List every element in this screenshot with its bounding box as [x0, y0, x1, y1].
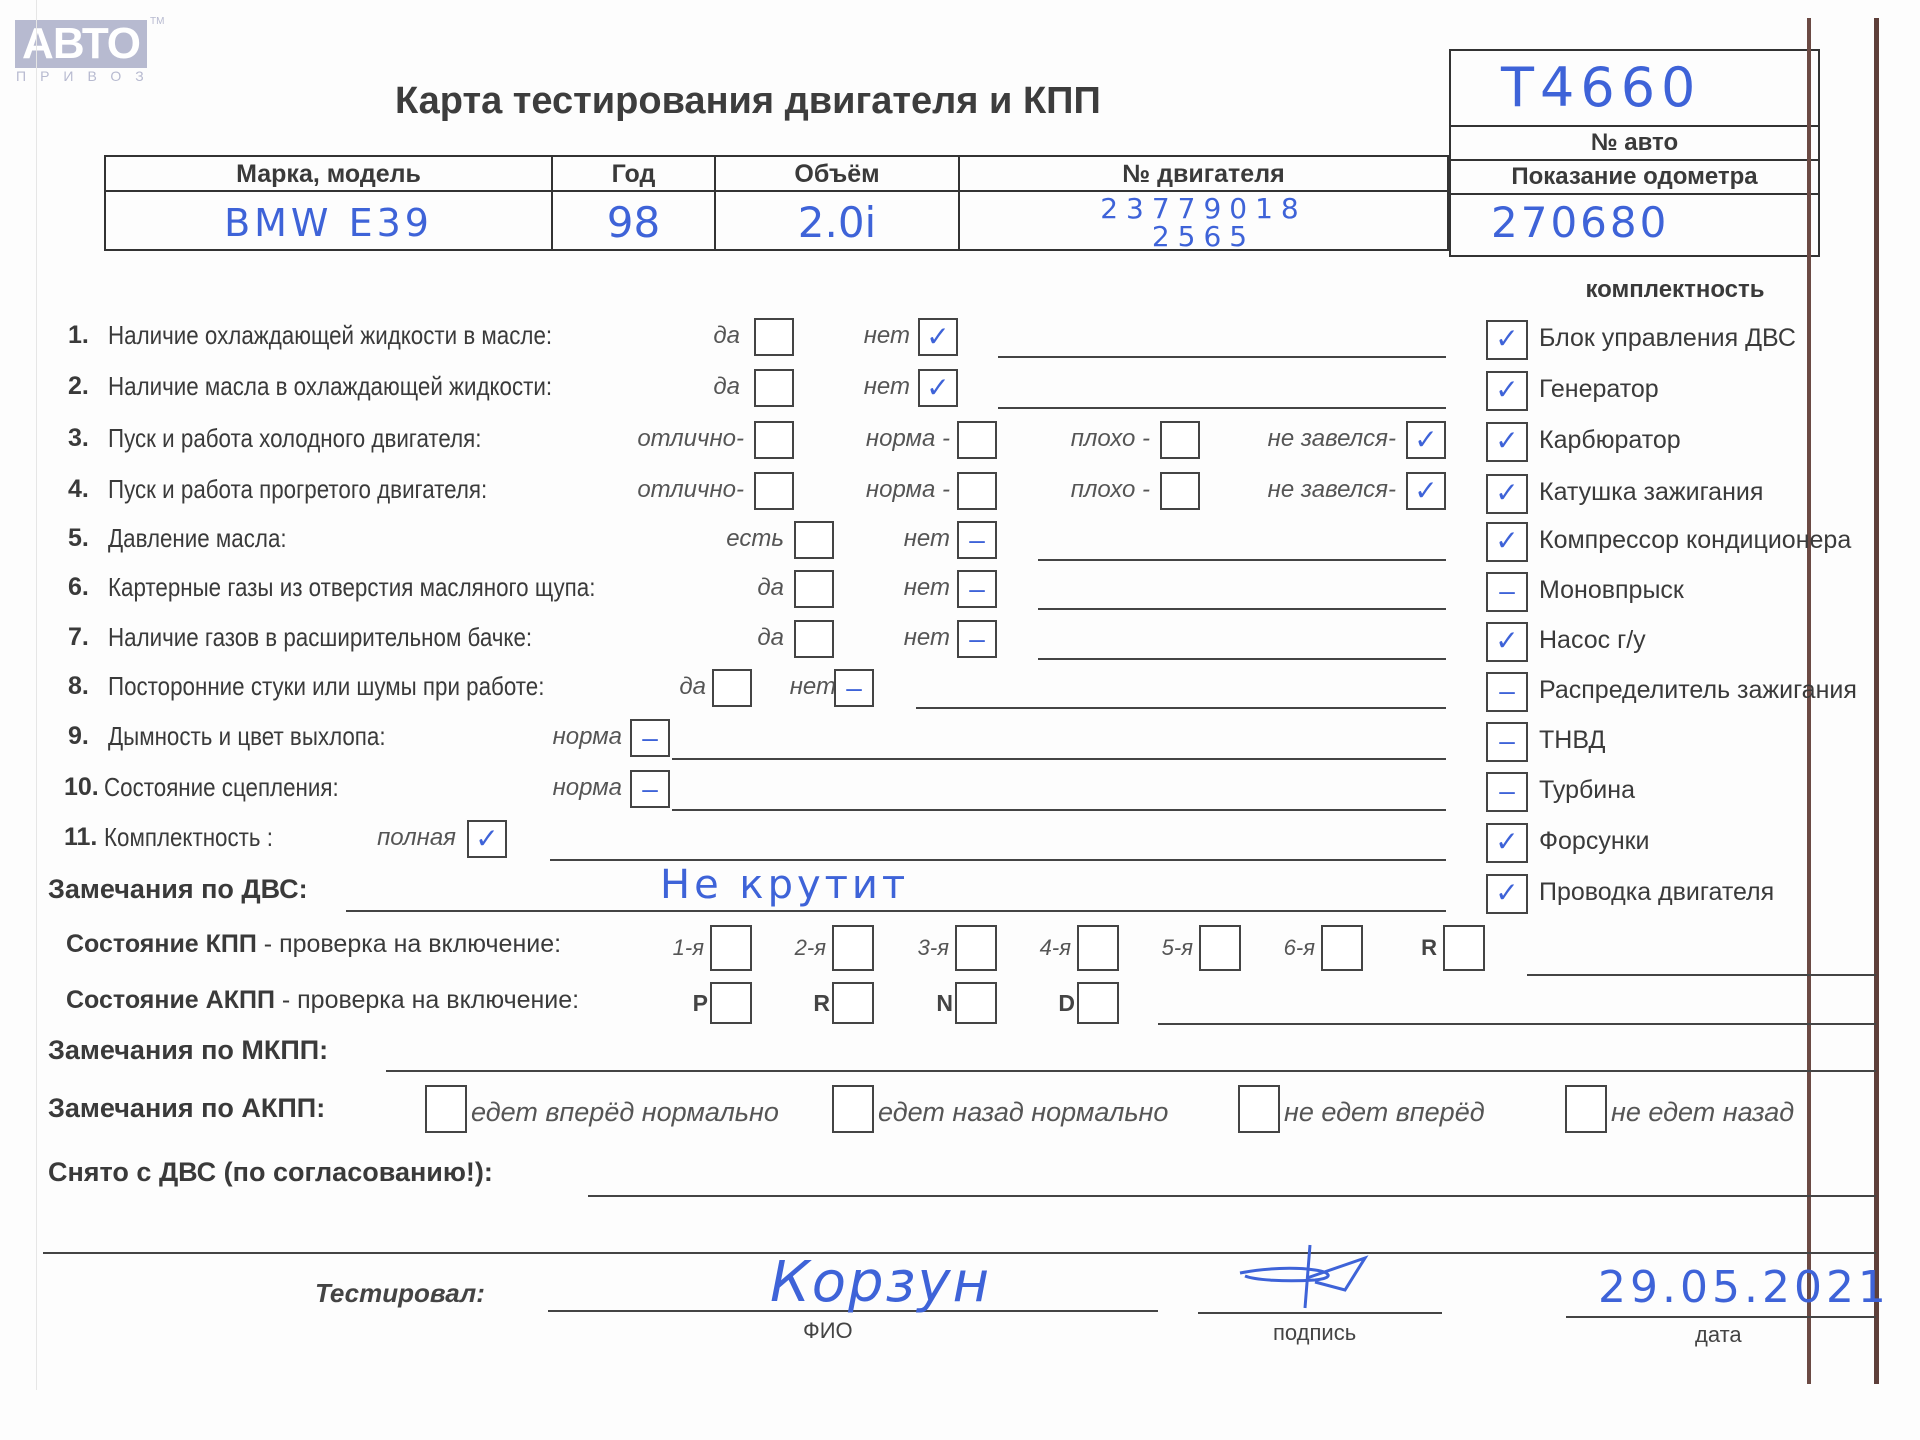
gear-checkbox[interactable] — [710, 925, 752, 971]
option-label: полная — [377, 824, 456, 852]
question-number: 11. — [64, 823, 97, 852]
check-mark-icon: ✓ — [1488, 825, 1526, 861]
check-mark-icon — [756, 474, 792, 508]
logo-subtitle: ПРИВОЗ — [16, 68, 158, 84]
option-label: да — [713, 373, 740, 401]
check-mark-icon — [1162, 423, 1198, 457]
akpp-remark-checkbox[interactable] — [1565, 1085, 1607, 1133]
check-mark-icon: ✓ — [1488, 624, 1526, 660]
gear-label: R — [813, 990, 830, 1017]
kit-checkbox[interactable]: ✓ — [1486, 422, 1528, 462]
option-label: нет — [904, 624, 950, 652]
kit-item-label: Карбюратор — [1539, 426, 1681, 455]
kit-item-label: Блок управления ДВС — [1539, 324, 1796, 353]
check-mark-icon — [959, 474, 995, 508]
gear-label: N — [936, 990, 953, 1017]
vehicle-info-table: Марка, модель Год Объём № двигателя BMW … — [104, 155, 1449, 251]
kit-checkbox[interactable]: – — [1486, 672, 1528, 712]
option-checkbox[interactable] — [957, 421, 997, 459]
gear-checkbox[interactable] — [955, 982, 997, 1024]
akpp-remark-label: не едет назад — [1611, 1097, 1794, 1128]
gear-label: 5-я — [1162, 935, 1193, 961]
date-value[interactable]: 29.05.2021 — [1598, 1262, 1890, 1313]
notes-line[interactable] — [1038, 608, 1446, 610]
removed-line[interactable] — [588, 1195, 1876, 1197]
akpp-remark-checkbox[interactable] — [1238, 1085, 1280, 1133]
question-number: 4. — [68, 475, 89, 504]
gear-checkbox[interactable] — [1443, 925, 1485, 971]
notes-line[interactable] — [998, 407, 1446, 409]
kit-section-title: комплектность — [1560, 276, 1790, 304]
name-value[interactable]: Корзун — [770, 1250, 991, 1315]
check-mark-icon: ✓ — [469, 822, 505, 856]
tested-by-label: Тестировал: — [315, 1278, 485, 1309]
question-text: Пуск и работа прогретого двигателя: — [108, 474, 487, 505]
check-mark-icon: – — [959, 622, 995, 656]
kit-checkbox[interactable]: – — [1486, 772, 1528, 812]
question-number: 8. — [68, 672, 89, 701]
option-label: да — [713, 322, 740, 350]
option-label: отлично- — [637, 425, 744, 453]
signature-mark[interactable] — [1235, 1240, 1385, 1312]
option-label: плохо - — [1071, 425, 1150, 453]
check-mark-icon: – — [1488, 724, 1526, 760]
check-mark-icon: – — [1488, 774, 1526, 810]
option-label: да — [679, 673, 706, 701]
kit-item-label: Компрессор кондиционера — [1539, 526, 1851, 555]
option-label: не завелся- — [1268, 476, 1396, 504]
option-checkbox[interactable] — [754, 318, 794, 356]
kpp-notes-line — [1527, 974, 1876, 976]
kit-checkbox[interactable]: ✓ — [1486, 474, 1528, 514]
check-mark-icon: – — [1488, 574, 1526, 610]
kit-item-label: Генератор — [1539, 375, 1659, 404]
check-mark-icon — [756, 371, 792, 405]
notes-line[interactable] — [998, 356, 1446, 358]
option-label: нет — [904, 525, 950, 553]
kit-item-label: Катушка зажигания — [1539, 478, 1763, 507]
check-mark-icon — [834, 1087, 872, 1131]
option-checkbox[interactable] — [754, 472, 794, 510]
engine-number-value[interactable]: 23779018 2565 — [960, 195, 1447, 251]
mkpp-remarks-label: Замечания по МКПП: — [48, 1035, 328, 1066]
check-mark-icon — [1567, 1087, 1605, 1131]
column-header-engine-number: № двигателя — [960, 159, 1447, 190]
check-mark-icon — [834, 984, 872, 1022]
check-mark-icon — [796, 523, 832, 557]
question-number: 7. — [68, 623, 89, 652]
check-mark-icon — [712, 984, 750, 1022]
check-mark-icon — [756, 423, 792, 457]
gear-label: 6-я — [1284, 935, 1315, 961]
kit-item-label: Форсунки — [1539, 827, 1650, 856]
option-checkbox[interactable]: – — [834, 669, 874, 707]
question-text: Давление масла: — [108, 523, 287, 554]
notes-line[interactable] — [672, 809, 1446, 811]
logo-trademark: TM — [150, 16, 164, 27]
akpp-remark-label: едет назад нормально — [878, 1097, 1168, 1128]
check-mark-icon: ✓ — [920, 371, 956, 405]
akpp-remark-checkbox[interactable] — [425, 1085, 467, 1133]
kit-item-label: Турбина — [1539, 776, 1635, 805]
engine-remarks-value[interactable]: Не крутит — [660, 862, 909, 908]
check-mark-icon — [959, 423, 995, 457]
car-info-box: T4660 № авто Показание одометра 270680 — [1449, 49, 1820, 257]
question-text: Наличие масла в охлаждающей жидкости: — [108, 371, 552, 402]
notes-line[interactable] — [672, 758, 1446, 760]
check-mark-icon: ✓ — [1488, 322, 1526, 358]
column-header-make-model: Марка, модель — [106, 159, 551, 190]
date-line — [1566, 1316, 1876, 1318]
option-checkbox[interactable] — [794, 620, 834, 658]
year-value[interactable]: 98 — [553, 195, 714, 251]
option-label: норма — [553, 774, 622, 802]
page-title: Карта тестирования двигателя и КПП — [395, 80, 1101, 123]
gear-label: P — [693, 990, 708, 1017]
check-mark-icon — [1445, 927, 1483, 969]
option-label: есть — [726, 525, 784, 553]
kit-item-label: Насос г/у — [1539, 626, 1646, 655]
check-mark-icon: ✓ — [1488, 524, 1526, 560]
margin-line — [1874, 18, 1879, 1384]
option-label: норма - — [866, 476, 950, 504]
gear-checkbox[interactable] — [832, 925, 874, 971]
check-mark-icon — [1079, 927, 1117, 969]
signature-caption: подпись — [1273, 1320, 1356, 1346]
check-mark-icon: ✓ — [1488, 373, 1526, 409]
option-checkbox[interactable]: – — [957, 570, 997, 608]
option-checkbox[interactable] — [1160, 421, 1200, 459]
option-checkbox[interactable]: ✓ — [1406, 472, 1446, 510]
check-mark-icon: – — [959, 572, 995, 606]
option-checkbox[interactable]: ✓ — [467, 820, 507, 858]
check-mark-icon: ✓ — [920, 320, 956, 354]
question-number: 10. — [64, 773, 99, 802]
akpp-label-rest: - проверка на включение: — [275, 986, 579, 1014]
check-mark-icon: – — [836, 671, 872, 705]
kit-item-label: Проводка двигателя — [1539, 878, 1774, 907]
akpp-label-bold: Состояние АКПП — [66, 986, 275, 1014]
option-checkbox[interactable] — [957, 472, 997, 510]
odometer-label: Показание одометра — [1451, 161, 1818, 193]
kpp-label-rest: - проверка на включение: — [257, 930, 561, 958]
check-mark-icon — [1079, 984, 1117, 1022]
option-label: да — [757, 574, 784, 602]
check-mark-icon: – — [632, 772, 668, 806]
akpp-remark-label: едет вперёд нормально — [471, 1097, 779, 1128]
car-number-label: № авто — [1451, 127, 1818, 159]
check-mark-icon — [834, 927, 872, 969]
car-number-value[interactable]: T4660 — [1501, 51, 1801, 125]
question-number: 6. — [68, 573, 89, 602]
gear-label: 2-я — [795, 935, 826, 961]
notes-line[interactable] — [916, 707, 1446, 709]
question-text: Состояние сцепления: — [104, 772, 339, 803]
question-text: Наличие охлаждающей жидкости в масле: — [108, 320, 552, 351]
kit-checkbox[interactable]: ✓ — [1486, 622, 1528, 662]
notes-line[interactable] — [550, 859, 1446, 861]
check-mark-icon — [714, 671, 750, 705]
volume-value[interactable]: 2.0i — [716, 195, 958, 251]
option-label: плохо - — [1071, 476, 1150, 504]
logo: АВТО — [15, 20, 147, 68]
option-label: нет — [904, 574, 950, 602]
question-text: Пуск и работа холодного двигателя: — [108, 423, 481, 454]
option-checkbox[interactable] — [712, 669, 752, 707]
question-text: Дымность и цвет выхлопа: — [108, 721, 386, 752]
question-text: Комплектность : — [104, 822, 273, 853]
check-mark-icon — [427, 1087, 465, 1131]
column-header-volume: Объём — [716, 159, 958, 190]
gear-label: 3-я — [918, 935, 949, 961]
check-mark-icon — [1201, 927, 1239, 969]
question-text: Картерные газы из отверстия масляного щу… — [108, 572, 595, 603]
name-caption: ФИО — [803, 1318, 853, 1344]
akpp-remark-label: не едет вперёд — [1284, 1097, 1485, 1128]
option-label: норма — [553, 723, 622, 751]
question-number: 9. — [68, 722, 89, 751]
kit-item-label: ТНВД — [1539, 726, 1605, 755]
option-checkbox[interactable]: – — [957, 521, 997, 559]
column-header-year: Год — [553, 159, 714, 190]
gear-label: D — [1058, 990, 1075, 1017]
option-label: нет — [864, 373, 910, 401]
check-mark-icon: ✓ — [1488, 476, 1526, 512]
scan-edge-line — [36, 0, 37, 1390]
option-label: да — [757, 624, 784, 652]
gear-checkbox[interactable] — [1077, 925, 1119, 971]
question-text: Посторонние стуки или шумы при работе: — [108, 671, 544, 702]
option-checkbox[interactable] — [794, 521, 834, 559]
option-label: отлично- — [637, 476, 744, 504]
gear-label: 4-я — [1040, 935, 1071, 961]
option-checkbox[interactable]: ✓ — [1406, 421, 1446, 459]
kpp-label: Состояние КПП - проверка на включение: — [66, 930, 561, 959]
check-mark-icon: ✓ — [1488, 424, 1526, 460]
gear-checkbox[interactable] — [1077, 982, 1119, 1024]
check-mark-icon — [756, 320, 792, 354]
option-label: нет — [790, 673, 836, 701]
check-mark-icon — [1162, 474, 1198, 508]
check-mark-icon: ✓ — [1488, 876, 1526, 912]
check-mark-icon: ✓ — [1408, 474, 1444, 508]
kit-checkbox[interactable]: ✓ — [1486, 320, 1528, 360]
check-mark-icon: – — [959, 523, 995, 557]
option-checkbox[interactable] — [794, 570, 834, 608]
kit-item-label: Распределитель зажигания — [1539, 676, 1857, 705]
question-number: 1. — [68, 321, 89, 350]
kit-item-label: Моновпрыск — [1539, 576, 1684, 605]
option-label: нет — [864, 322, 910, 350]
option-checkbox[interactable]: – — [630, 770, 670, 808]
kit-checkbox[interactable]: ✓ — [1486, 823, 1528, 863]
check-mark-icon — [957, 984, 995, 1022]
akpp-notes-line — [1158, 1023, 1876, 1025]
option-label: не завелся- — [1268, 425, 1396, 453]
check-mark-icon — [796, 622, 832, 656]
option-checkbox[interactable] — [754, 369, 794, 407]
signature-line — [1198, 1312, 1442, 1314]
gear-checkbox[interactable] — [955, 925, 997, 971]
notes-line[interactable] — [1038, 559, 1446, 561]
akpp-remark-checkbox[interactable] — [832, 1085, 874, 1133]
gear-checkbox[interactable] — [1321, 925, 1363, 971]
option-checkbox[interactable]: ✓ — [918, 318, 958, 356]
gear-checkbox[interactable] — [710, 982, 752, 1024]
removed-label: Снято с ДВС (по согласованию!): — [48, 1157, 493, 1188]
check-mark-icon — [1323, 927, 1361, 969]
kit-checkbox[interactable]: ✓ — [1486, 874, 1528, 914]
akpp-label: Состояние АКПП - проверка на включение: — [66, 986, 579, 1015]
engine-remarks-label: Замечания по ДВС: — [48, 874, 308, 905]
kit-checkbox[interactable]: ✓ — [1486, 522, 1528, 562]
option-label: норма - — [866, 425, 950, 453]
engine-remarks-line — [346, 910, 1446, 912]
check-mark-icon: – — [1488, 674, 1526, 710]
odometer-value[interactable]: 270680 — [1491, 195, 1731, 251]
check-mark-icon — [712, 927, 750, 969]
mkpp-remarks-line[interactable] — [386, 1070, 1876, 1072]
date-caption: дата — [1695, 1322, 1742, 1348]
question-number: 3. — [68, 424, 89, 453]
gear-label: R — [1421, 935, 1437, 961]
option-checkbox[interactable] — [754, 421, 794, 459]
kit-checkbox[interactable]: ✓ — [1486, 371, 1528, 411]
question-text: Наличие газов в расширительном бачке: — [108, 622, 532, 653]
question-number: 2. — [68, 372, 89, 401]
check-mark-icon — [957, 927, 995, 969]
kit-checkbox[interactable]: – — [1486, 572, 1528, 612]
kpp-label-bold: Состояние КПП — [66, 930, 257, 958]
akpp-remarks-label: Замечания по АКПП: — [48, 1093, 325, 1124]
gear-checkbox[interactable] — [1199, 925, 1241, 971]
check-mark-icon: – — [632, 721, 668, 755]
gear-checkbox[interactable] — [832, 982, 874, 1024]
check-mark-icon — [1240, 1087, 1278, 1131]
check-mark-icon: ✓ — [1408, 423, 1444, 457]
gear-label: 1-я — [673, 935, 704, 961]
notes-line[interactable] — [1038, 658, 1446, 660]
option-checkbox[interactable]: ✓ — [918, 369, 958, 407]
option-checkbox[interactable] — [1160, 472, 1200, 510]
option-checkbox[interactable]: – — [630, 719, 670, 757]
make-model-value[interactable]: BMW E39 — [106, 195, 551, 251]
check-mark-icon — [796, 572, 832, 606]
question-number: 5. — [68, 524, 89, 553]
option-checkbox[interactable]: – — [957, 620, 997, 658]
kit-checkbox[interactable]: – — [1486, 722, 1528, 762]
